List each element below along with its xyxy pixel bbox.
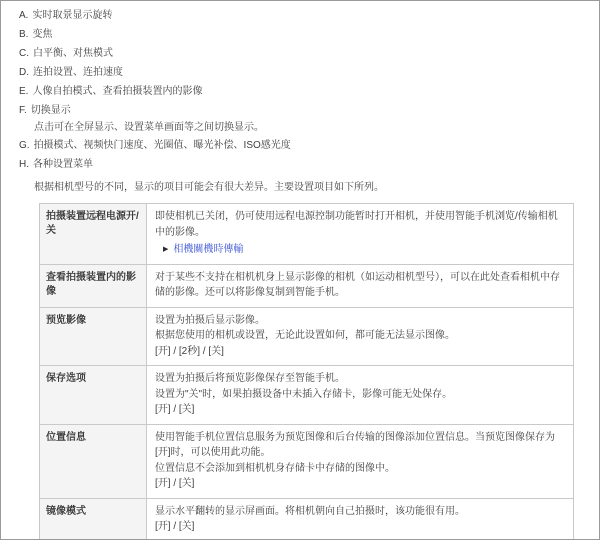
setting-options: [开] / [关] [155, 519, 565, 535]
description-line: 即使相机已关闭，仍可使用远程电源控制功能暂时打开相机，并使用智能手机浏览/传输相… [155, 209, 565, 240]
description-line: 使用智能手机位置信息服务为预览图像和后台传输的图像添加位置信息。当预览图像保存为… [155, 430, 565, 461]
callout-item-h: H.各种设置菜单 [19, 155, 599, 174]
table-row-view-images: 查看拍摄装置内的影像 对于某些不支持在相机机身上显示影像的相机（如运动相机型号）… [40, 264, 574, 307]
description-line: 显示水平翻转的显示屏画面。将相机朝向自己拍摄时，该功能很有用。 [155, 504, 565, 520]
setting-name: 镜像模式 [40, 498, 147, 540]
callout-label: C. [19, 48, 29, 59]
callout-item-d: D.连拍设置、连拍速度 [19, 63, 599, 82]
callout-label: B. [19, 29, 28, 40]
callout-label: H. [19, 159, 29, 170]
setting-options: [开] / [关] [155, 402, 565, 418]
setting-name: 查看拍摄装置内的影像 [40, 264, 147, 307]
setting-name: 位置信息 [40, 424, 147, 498]
callout-item-f: F.切换显示 [19, 101, 599, 120]
callout-item-c: C.白平衡、对焦模式 [19, 44, 599, 63]
setting-description: 设置为拍摄后将预览影像保存至智能手机。 设置为"关"时，如果拍摄设备中未插入存储… [147, 366, 574, 425]
setting-name: 保存选项 [40, 366, 147, 425]
callout-text: 实时取景显示旋转 [32, 10, 112, 21]
callout-item-b: B.变焦 [19, 25, 599, 44]
setting-description: 使用智能手机位置信息服务为预览图像和后台传输的图像添加位置信息。当预览图像保存为… [147, 424, 574, 498]
related-link-row: ▶相機關機時傳輸 [155, 242, 565, 258]
help-page: A.实时取景显示旋转 B.变焦 C.白平衡、对焦模式 D.连拍设置、连拍速度 E… [0, 0, 600, 540]
table-row-mirror-mode: 镜像模式 显示水平翻转的显示屏画面。将相机朝向自己拍摄时，该功能很有用。 [开]… [40, 498, 574, 540]
callout-text: 人像自拍模式、查看拍摄装置内的影像 [32, 86, 202, 97]
callout-item-e: E.人像自拍模式、查看拍摄装置内的影像 [19, 82, 599, 101]
setting-name: 预览影像 [40, 307, 147, 366]
callout-label: A. [19, 10, 28, 21]
setting-description: 设置为拍摄后显示影像。 根据您使用的相机或设置，无论此设置如何，都可能无法显示图… [147, 307, 574, 366]
description-line: 位置信息不会添加到相机机身存储卡中存储的图像中。 [155, 461, 565, 477]
callout-item-g: G.拍摄模式、视频快门速度、光圈值、曝光补偿、ISO感光度 [19, 136, 599, 155]
intro-paragraph: 根据相机型号的不同，显示的项目可能会有很大差异。主要设置项目如下所列。 [34, 179, 599, 196]
description-line: 设置为拍摄后将预览影像保存至智能手机。 [155, 371, 565, 387]
setting-options: [开] / [关] [155, 476, 565, 492]
description-line: 设置为"关"时，如果拍摄设备中未插入存储卡，影像可能无处保存。 [155, 387, 565, 403]
callout-text: 切换显示 [31, 105, 71, 116]
callout-item-a: A.实时取景显示旋转 [19, 6, 599, 25]
table-row-location-info: 位置信息 使用智能手机位置信息服务为预览图像和后台传输的图像添加位置信息。当预览… [40, 424, 574, 498]
setting-options: [开] / [2秒] / [关] [155, 344, 565, 360]
setting-description: 对于某些不支持在相机机身上显示影像的相机（如运动相机型号），可以在此处查看相机中… [147, 264, 574, 307]
callout-text: 拍摄模式、视频快门速度、光圈值、曝光补偿、ISO感光度 [34, 140, 291, 151]
description-line: 对于某些不支持在相机机身上显示影像的相机（如运动相机型号），可以在此处查看相机中… [155, 270, 565, 301]
arrow-right-icon: ▶ [163, 242, 168, 258]
callout-text: 连拍设置、连拍速度 [33, 67, 123, 78]
table-row-save-options: 保存选项 设置为拍摄后将预览影像保存至智能手机。 设置为"关"时，如果拍摄设备中… [40, 366, 574, 425]
callout-item-f-sub: 点击可在全屏显示、设置菜单画面等之间切换显示。 [34, 120, 599, 136]
setting-description: 显示水平翻转的显示屏画面。将相机朝向自己拍摄时，该功能很有用。 [开] / [关… [147, 498, 574, 540]
callout-list: A.实时取景显示旋转 B.变焦 C.白平衡、对焦模式 D.连拍设置、连拍速度 E… [19, 6, 599, 174]
description-line: 根据您使用的相机或设置，无论此设置如何，都可能无法显示图像。 [155, 328, 565, 344]
callout-label: F. [19, 105, 27, 116]
transfer-while-camera-off-link[interactable]: 相機關機時傳輸 [173, 244, 243, 255]
table-row-preview-image: 预览影像 设置为拍摄后显示影像。 根据您使用的相机或设置，无论此设置如何，都可能… [40, 307, 574, 366]
callout-label: D. [19, 67, 29, 78]
callout-label: E. [19, 86, 28, 97]
callout-text: 白平衡、对焦模式 [33, 48, 113, 59]
settings-table: 拍摄装置远程电源开/关 即使相机已关闭，仍可使用远程电源控制功能暂时打开相机，并… [39, 203, 574, 540]
callout-label: G. [19, 140, 30, 151]
table-row-remote-power: 拍摄装置远程电源开/关 即使相机已关闭，仍可使用远程电源控制功能暂时打开相机，并… [40, 204, 574, 265]
setting-name: 拍摄装置远程电源开/关 [40, 204, 147, 265]
callout-text: 各种设置菜单 [33, 159, 93, 170]
setting-description: 即使相机已关闭，仍可使用远程电源控制功能暂时打开相机，并使用智能手机浏览/传输相… [147, 204, 574, 265]
callout-text: 变焦 [32, 29, 52, 40]
description-line: 设置为拍摄后显示影像。 [155, 313, 565, 329]
